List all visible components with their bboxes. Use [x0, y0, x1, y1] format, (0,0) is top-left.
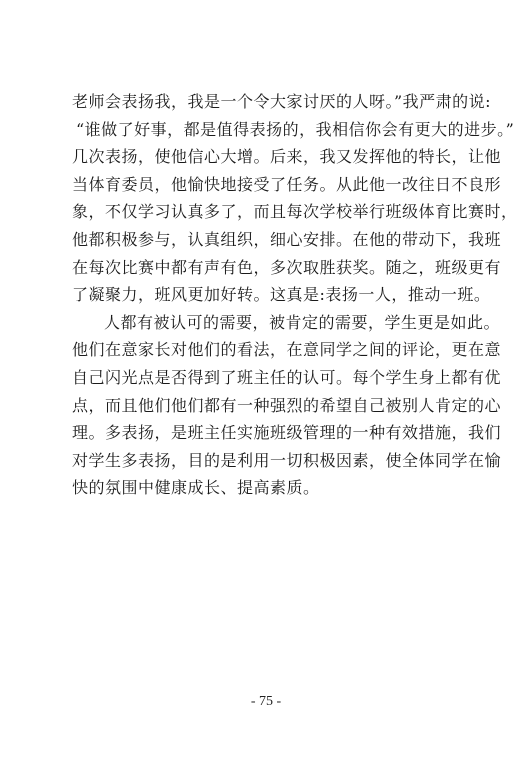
text-line: 对学生多表扬，目的是利用一切积极因素，使全体同学在愉 — [72, 447, 458, 475]
text-line: 快的氛围中健康成长、提高素质。 — [72, 474, 464, 502]
text-line: 理。多表扬，是班主任实施班级管理的一种有效措施，我们 — [72, 419, 458, 447]
page-number: - 75 - — [0, 694, 532, 710]
text-line: “谁做了好事，都是值得表扬的，我相信你会有更大的进步。” — [72, 116, 460, 144]
document-page: 老师会表扬我，我是一个令大家讨厌的人呀。”我严肃的说: “谁做了好事，都是值得表… — [0, 0, 532, 768]
text-line: 他都积极参与，认真组织，细心安排。在他的带动下，我班 — [72, 226, 458, 254]
text-line: 几次表扬，使他信心大增。后来，我又发挥他的特长，让他 — [72, 143, 458, 171]
text-line: 在每次比赛中都有声有色，多次取胜获奖。随之，班级更有 — [72, 254, 458, 282]
text-line: 了凝聚力，班风更加好转。这真是:表扬一人，推动一班。 — [72, 281, 464, 309]
text-line: 当体育委员，他愉快地接受了任务。从此他一改往日不良形 — [72, 171, 458, 199]
text-line: 老师会表扬我，我是一个令大家讨厌的人呀。”我严肃的说: — [72, 88, 458, 116]
text-line: 自己闪光点是否得到了班主任的认可。每个学生身上都有优 — [72, 364, 458, 392]
paragraph-start-line: 人都有被认可的需要，被肯定的需要，学生更是如此。 — [72, 309, 458, 337]
text-line: 象，不仅学习认真多了，而且每次学校举行班级体育比赛时， — [72, 198, 458, 226]
text-line: 点，而且他们他们都有一种强烈的希望自己被别人肯定的心 — [72, 392, 458, 420]
text-line: 他们在意家长对他们的看法，在意同学之间的评论，更在意 — [72, 336, 458, 364]
body-text: 老师会表扬我，我是一个令大家讨厌的人呀。”我严肃的说: “谁做了好事，都是值得表… — [72, 88, 464, 502]
